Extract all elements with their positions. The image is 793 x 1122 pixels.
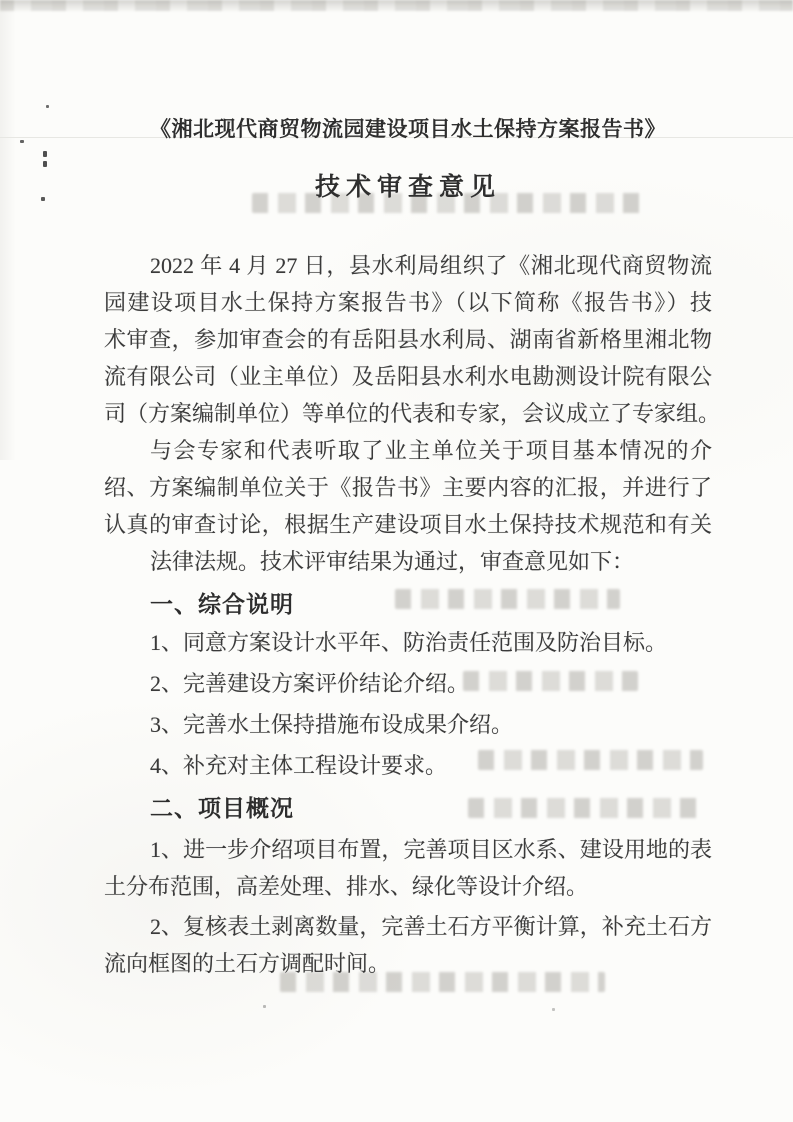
- text-line: 法律法规。技术评审结果为通过，审查意见如下：: [104, 543, 712, 580]
- ink-speck: [20, 140, 24, 143]
- section-2-item-2: 2、复核表土剥离数量，完善土石方平衡计算，补充土石方 流向框图的土石方调配时间。: [104, 908, 712, 982]
- ink-speck: [46, 105, 49, 108]
- scan-edge-shadow: [0, 0, 16, 460]
- scanned-document-page: 《湘北现代商贸物流园建设项目水土保持方案报告书》 技术审查意见 2022 年 4…: [0, 0, 793, 1122]
- text-line: 流向框图的土石方调配时间。: [104, 945, 712, 982]
- list-item: 3、完善水土保持措施布设成果介绍。: [104, 704, 712, 745]
- ink-speck: [263, 1005, 266, 1008]
- section-1-heading: 一、综合说明: [104, 587, 712, 622]
- ink-speck: [552, 1008, 555, 1011]
- ink-speck: [43, 151, 47, 157]
- text-line: 2、复核表土剥离数量，完善土石方平衡计算，补充土石方: [104, 908, 712, 945]
- text-line: 土分布范围，高差处理、排水、绿化等设计介绍。: [104, 868, 712, 905]
- text-line: 园建设项目水土保持方案报告书》（以下简称《报告书》）技: [104, 284, 712, 321]
- text-line: 与会专家和代表听取了业主单位关于项目基本情况的介: [104, 432, 712, 469]
- document-content: 《湘北现代商贸物流园建设项目水土保持方案报告书》 技术审查意见 2022 年 4…: [104, 0, 712, 982]
- text-line: 2022 年 4 月 27 日，县水利局组织了《湘北现代商贸物流: [104, 247, 712, 284]
- text-line: 认真的审查讨论，根据生产建设项目水土保持技术规范和有关: [104, 506, 712, 543]
- list-item: 2、完善建设方案评价结论介绍。: [104, 663, 712, 704]
- text-line: 绍、方案编制单位关于《报告书》主要内容的汇报，并进行了: [104, 469, 712, 506]
- document-subtitle: 技术审查意见: [104, 168, 712, 206]
- paragraph-meeting-intro: 2022 年 4 月 27 日，县水利局组织了《湘北现代商贸物流 园建设项目水土…: [104, 247, 712, 432]
- text-line: 司（方案编制单位）等单位的代表和专家，会议成立了专家组。: [104, 395, 712, 432]
- paragraph-review-result: 与会专家和代表听取了业主单位关于项目基本情况的介 绍、方案编制单位关于《报告书》…: [104, 432, 712, 580]
- text-line: 流有限公司（业主单位）及岳阳县水利水电勘测设计院有限公: [104, 358, 712, 395]
- list-item: 4、补充对主体工程设计要求。: [104, 745, 712, 786]
- list-item: 1、同意方案设计水平年、防治责任范围及防治目标。: [104, 622, 712, 663]
- section-1-items: 1、同意方案设计水平年、防治责任范围及防治目标。 2、完善建设方案评价结论介绍。…: [104, 622, 712, 786]
- text-line: 术审查，参加审查会的有岳阳县水利局、湖南省新格里湘北物: [104, 321, 712, 358]
- document-title: 《湘北现代商贸物流园建设项目水土保持方案报告书》: [104, 112, 712, 148]
- section-2-heading: 二、项目概况: [104, 791, 712, 826]
- text-line: 1、进一步介绍项目布置，完善项目区水系、建设用地的表: [104, 831, 712, 868]
- section-2-item-1: 1、进一步介绍项目布置，完善项目区水系、建设用地的表 土分布范围，高差处理、排水…: [104, 831, 712, 905]
- ink-speck: [43, 161, 47, 167]
- ink-speck: [41, 197, 45, 201]
